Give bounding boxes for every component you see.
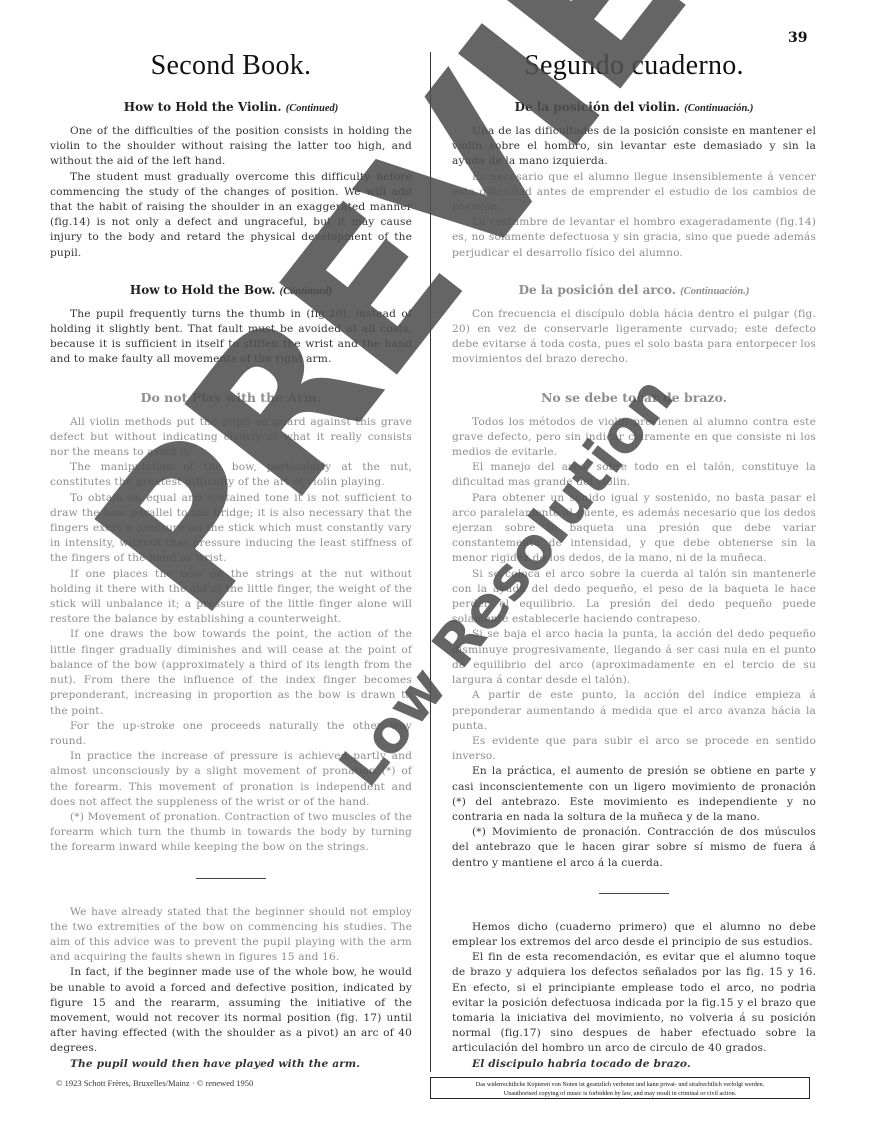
spanish-book-title: Segundo cuaderno. [452,50,816,82]
section-hold-bow: How to Hold the Bow. (Continued) The pup… [50,283,412,368]
paragraph: The pupil frequently turns the thumb in … [50,307,412,368]
heading-suffix: (Continuación.) [684,103,753,114]
english-book-title: Second Book. [50,50,412,82]
paragraph: En la práctica, el aumento de presión se… [452,764,816,825]
footnote: (*) Movimiento de pronación. Contracción… [452,825,816,871]
section-heading: How to Hold the Violin. (Continued) [50,100,412,114]
paragraph: Para obtener un sonido igual y sostenido… [452,491,816,567]
paragraph: La costumbre de levantar el hombro exage… [452,215,816,261]
paragraph: Con frecuencia el discípulo dobla hácia … [452,307,816,368]
copyright-notice: © 1923 Schott Frères, Bruxelles/Mainz · … [56,1078,253,1088]
heading-text: No se debe tocar de brazo. [541,390,727,405]
paragraph: To obtain an equal and sustained tone it… [50,491,412,567]
english-column: Second Book. How to Hold the Violin. (Co… [50,50,412,1072]
paragraph: In fact, if the beginner made use of the… [50,965,412,1056]
section-posicion-violin: De la posición del violin. (Continuación… [452,100,816,261]
paragraph: A partir de este punto, la acción del ín… [452,688,816,734]
section-rule [196,878,266,879]
paragraph: One of the difficulties of the position … [50,124,412,170]
column-divider [430,52,431,1072]
paragraph: All violin methods put the pupil on guar… [50,415,412,461]
paragraph: El fin de esta recomendación, es evitar … [452,950,816,1056]
conclusion-line: El discipulo habria tocado de brazo. [452,1057,816,1072]
section-do-not-play-arm: Do not Play with the Arm. All violin met… [50,390,412,856]
section-heading: No se debe tocar de brazo. [452,390,816,405]
paragraph: Es evidente que para subir el arco se pr… [452,734,816,764]
paragraph: Si se coloca el arco sobre la cuerda al … [452,567,816,628]
section-no-tocar-brazo: No se debe tocar de brazo. Todos los mét… [452,390,816,871]
section-heading: De la posición del arco. (Continuación.) [452,283,816,297]
spanish-column: Segundo cuaderno. De la posición del vio… [452,50,816,1072]
paragraph: If one draws the bow towards the point, … [50,627,412,718]
heading-text: Do not Play with the Arm. [141,390,322,405]
section-heading: How to Hold the Bow. (Continued) [50,283,412,297]
heading-suffix: (Continuación.) [680,286,749,297]
footnote: (*) Movement of pronation. Contraction o… [50,810,412,856]
section-heading: De la posición del violin. (Continuación… [452,100,816,114]
heading-text: How to Hold the Bow. [130,283,276,297]
heading-text: De la posición del arco. [519,283,676,297]
page-number: 39 [788,30,807,46]
section-heading: Do not Play with the Arm. [50,390,412,405]
paragraph: Hemos dicho (cuaderno primero) que el al… [452,920,816,950]
heading-suffix: (Continued) [280,286,333,297]
paragraph: If one places the bow on the strings at … [50,567,412,628]
conclusion-line: The pupil would then have played with th… [50,1057,412,1072]
section-arm-conclusion: We have already stated that the beginner… [50,905,412,1072]
section-hold-violin: How to Hold the Violin. (Continued) One … [50,100,412,261]
section-brazo-conclusion: Hemos dicho (cuaderno primero) que el al… [452,920,816,1072]
section-posicion-arco: De la posición del arco. (Continuación.)… [452,283,816,368]
paragraph: Si se baja el arco hacia la punta, la ac… [452,627,816,688]
heading-text: How to Hold the Violin. [124,100,282,114]
copy-warning-english: Unauthorised copying of music is forbidd… [431,1089,809,1098]
section-rule [599,893,669,894]
paragraph: For the up-stroke one proceeds naturally… [50,719,412,749]
paragraph: In practice the increase of pressure is … [50,749,412,810]
copy-warning-box: Das widerrechtliche Kopieren von Noten i… [430,1077,810,1099]
paragraph: Una de las dificultades de la posición c… [452,124,816,170]
paragraph: Es necesario que el alumno llegue insens… [452,170,816,216]
copy-warning-german: Das widerrechtliche Kopieren von Noten i… [431,1080,809,1089]
paragraph: We have already stated that the beginner… [50,905,412,966]
paragraph: The manipulation of the bow, particularl… [50,460,412,490]
heading-text: De la posición del violin. [515,100,681,114]
paragraph: The student must gradually overcome this… [50,170,412,261]
paragraph: El manejo del arco, sobre todo en el tal… [452,460,816,490]
paragraph: Todos los métodos de violin previenen al… [452,415,816,461]
heading-suffix: (Continued) [286,103,339,114]
